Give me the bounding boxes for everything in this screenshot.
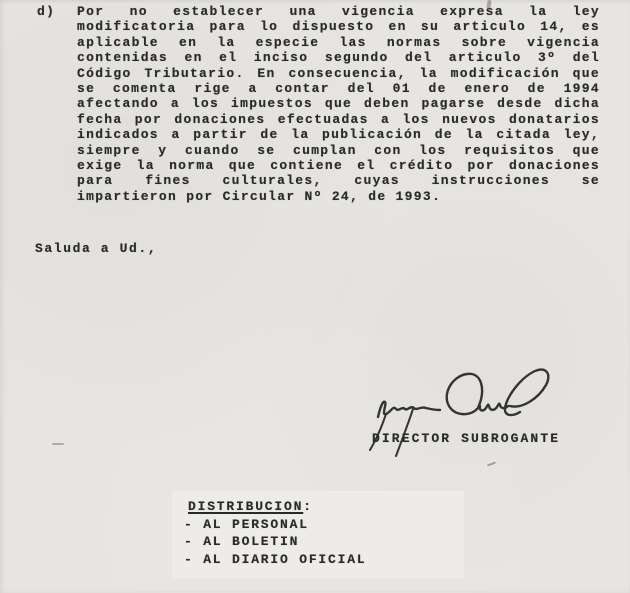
scan-smudge: [52, 443, 64, 445]
body-line: afectando a los impuestos que deben paga…: [77, 96, 600, 111]
signer-title: DIRECTOR SUBROGANTE: [372, 431, 560, 446]
body-line: Por no establecer una vigencia expresa l…: [77, 4, 600, 19]
distribution-heading: DISTRIBUCION:: [188, 498, 464, 516]
body-line: aplicable en la especie las normas sobre…: [77, 35, 600, 50]
distribution-heading-colon: :: [303, 499, 313, 514]
scanned-document-page: { "colors": { "paper": "#e7e5e1", "panel…: [0, 0, 630, 593]
paragraph-marker: d): [37, 4, 77, 204]
paragraph-d: d) Por no establecer una vigencia expres…: [37, 4, 600, 204]
body-line: impartieron por Circular Nº 24, de 1993.: [77, 189, 600, 204]
distribution-item: - AL DIARIO OFICIAL: [184, 551, 464, 569]
distribution-item: - AL BOLETIN: [184, 533, 464, 551]
scan-smudge: [487, 462, 496, 467]
signature: [366, 364, 566, 464]
distribution-heading-word: DISTRIBUCION: [188, 499, 303, 514]
body-line: fecha por donaciones efectuadas a los nu…: [77, 112, 600, 127]
body-line: siempre y cuando se cumplan con los requ…: [77, 143, 600, 158]
body-line: Código Tributario. En consecuencia, la m…: [77, 66, 600, 81]
body-line: exige la norma que contiene el crédito p…: [77, 158, 600, 173]
body-line: para fines culturales, cuyas instruccion…: [77, 173, 600, 188]
distribution-panel: DISTRIBUCION: - AL PERSONAL - AL BOLETIN…: [172, 491, 464, 579]
body-line: modificatoria para lo dispuesto en su ar…: [77, 19, 600, 34]
closing-salutation: Saluda a Ud.,: [35, 241, 157, 256]
body-line: indicados a partir de la publicación de …: [77, 127, 600, 142]
body-line: se comenta rige a contar del 01 de enero…: [77, 81, 600, 96]
distribution-item: - AL PERSONAL: [184, 516, 464, 534]
body-line: contenidas en el inciso segundo del arti…: [77, 50, 600, 65]
paragraph-body: Por no establecer una vigencia expresa l…: [77, 4, 600, 204]
